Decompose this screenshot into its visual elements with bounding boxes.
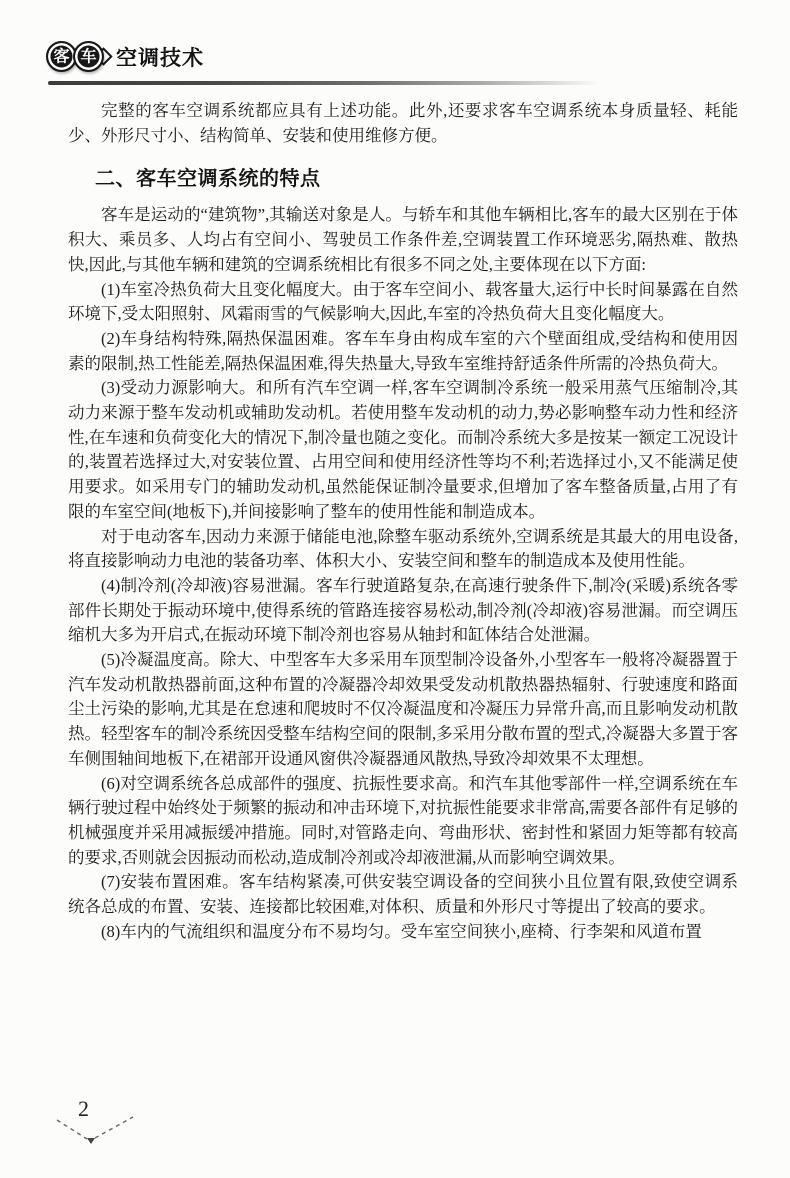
- body-paragraph-item-8: (8)车内的气流组织和温度分布不易均匀。受车室空间狭小,座椅、行李架和风道布置: [68, 920, 738, 945]
- body-paragraph-item-3: (3)受动力源影响大。和所有汽车空调一样,客车空调制冷系统一般采用蒸气压缩制冷,…: [68, 376, 738, 524]
- body-paragraph-item-4: (4)制冷剂(冷却液)容易泄漏。客车行驶道路复杂,在高速行驶条件下,制冷(采暖)…: [68, 574, 738, 648]
- body-paragraph: 客车是运动的“建筑物”,其输送对象是人。与轿车和其他车辆相比,客车的最大区别在于…: [68, 203, 738, 277]
- book-logo: 客 车: [46, 41, 112, 72]
- page-body: 完整的客车空调系统都应具有上述功能。此外,还要求客车空调系统本身质量轻、耗能少、…: [68, 99, 738, 945]
- page-footer: 2: [54, 1096, 144, 1152]
- body-paragraph-item-7: (7)安装布置困难。客车结构紧凑,可供安装空调设备的空间狭小且位置有限,致使空调…: [68, 870, 738, 919]
- page-header: 客 车 空调技术: [46, 41, 204, 72]
- page-number: 2: [78, 1096, 89, 1122]
- page-number-ornament-icon: [54, 1112, 136, 1150]
- body-paragraph-item-1: (1)车室冷热负荷大且变化幅度大。由于客车空间小、载客量大,运行中长时间暴露在自…: [68, 278, 738, 327]
- body-paragraph-electric-bus: 对于电动客车,因动力来源于储能电池,除整车驱动系统外,空调系统是其最大的用电设备…: [68, 525, 738, 574]
- body-paragraph-item-6: (6)对空调系统各总成部件的强度、抗振性要求高。和汽车其他零部件一样,空调系统在…: [68, 772, 738, 871]
- intro-paragraph: 完整的客车空调系统都应具有上述功能。此外,还要求客车空调系统本身质量轻、耗能少、…: [68, 99, 738, 148]
- logo-badge-che: 车: [73, 41, 104, 72]
- section-heading: 二、客车空调系统的特点: [95, 162, 738, 191]
- header-divider: [48, 81, 623, 85]
- book-page: 客 车 空调技术 完整的客车空调系统都应具有上述功能。此外,还要求客车空调系统本…: [0, 0, 790, 1178]
- book-title: 空调技术: [116, 42, 204, 72]
- body-paragraph-item-5: (5)冷凝温度高。除大、中型客车大多采用车顶型制冷设备外,小型客车一般将冷凝器置…: [68, 648, 738, 772]
- logo-badge-che-label: 车: [80, 49, 96, 65]
- logo-badge-ke-label: 客: [53, 49, 69, 65]
- body-paragraph-item-2: (2)车身结构特殊,隔热保温困难。客车车身由构成车室的六个壁面组成,受结构和使用…: [68, 327, 738, 376]
